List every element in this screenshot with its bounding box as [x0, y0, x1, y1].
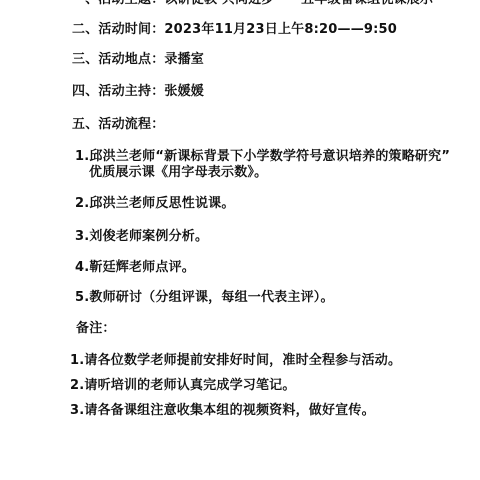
process-item-2: 2.邱洪兰老师反思性说课。	[75, 196, 235, 212]
section-time: 二、活动时间：2023年11月23日上午8:20——9:50	[72, 22, 397, 38]
section-host: 四、活动主持：张媛媛	[72, 84, 204, 100]
process-item-1: 1.邱洪兰老师“新课标背景下小学数学符号意识培养的策略研究”	[75, 149, 450, 165]
section-place: 三、活动地点：录播室	[72, 52, 204, 68]
process-item-3: 3.刘俊老师案例分析。	[75, 229, 208, 245]
process-item-1-cont: 优质展示课《用字母表示数》。	[89, 165, 267, 181]
note-3: 3.请各备课组注意收集本组的视频资料，做好宣传。	[70, 403, 375, 419]
note-2: 2.请听培训的老师认真完成学习笔记。	[70, 378, 296, 394]
notes-title: 备注：	[76, 321, 116, 337]
process-item-5: 5.教师研讨（分组评课，每组一代表主评）。	[75, 290, 334, 306]
process-item-4: 4.靳廷辉老师点评。	[75, 260, 195, 276]
note-1: 1.请各位数学老师提前安排好时间，准时全程参与活动。	[70, 353, 401, 369]
section-theme: 一、活动主题：以研促教 共同进步——五年级备课组优课展示	[72, 0, 433, 8]
section-process: 五、活动流程：	[72, 117, 164, 133]
